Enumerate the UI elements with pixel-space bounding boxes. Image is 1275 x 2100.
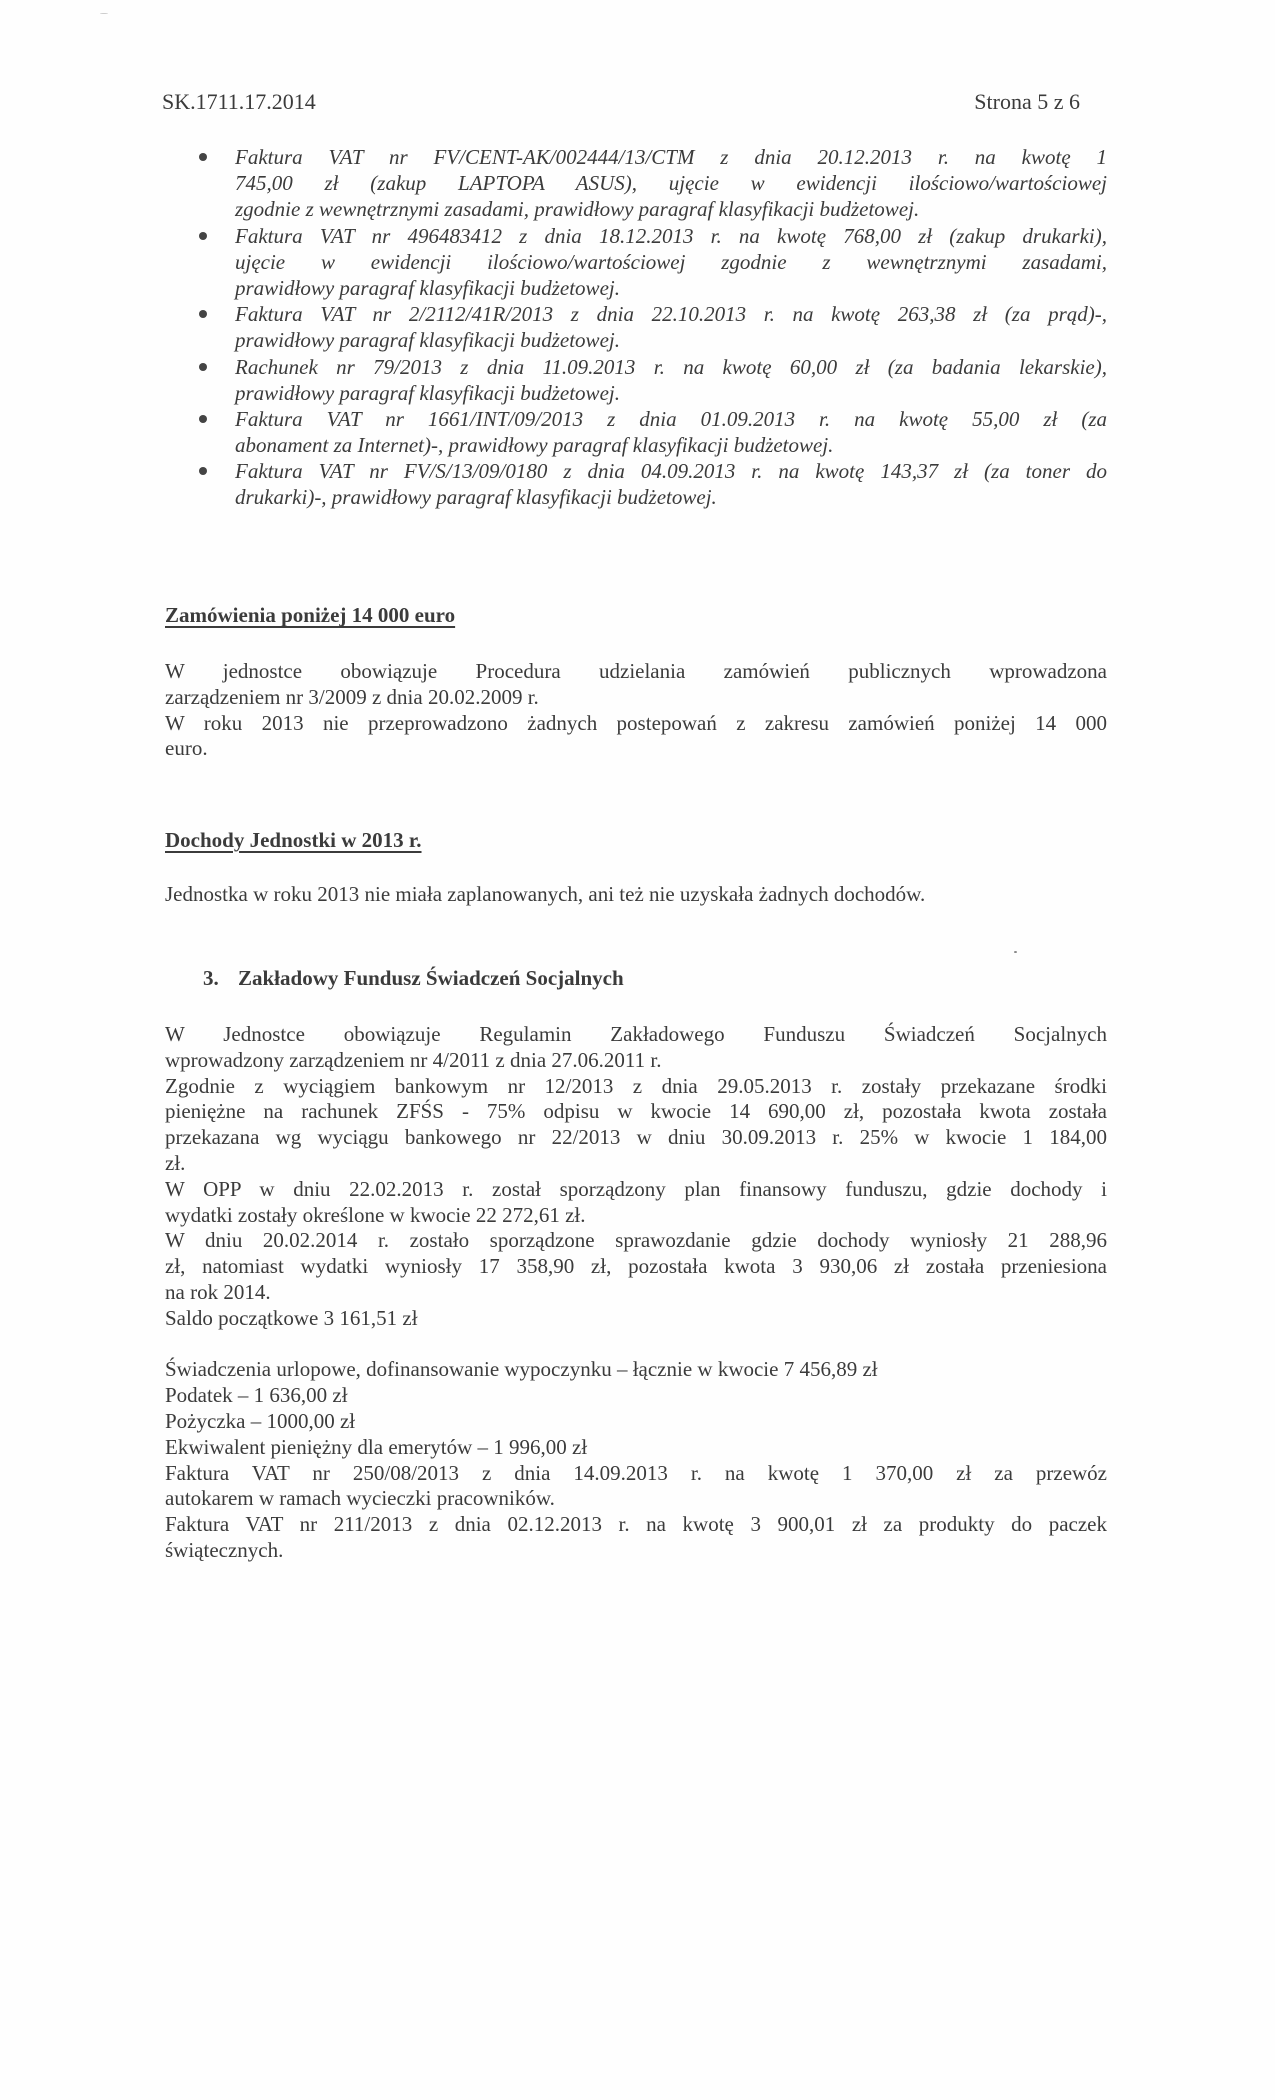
bullet-icon	[199, 363, 207, 371]
procurement-heading: Zamówienia poniżej 14 000 euro	[165, 602, 455, 628]
document-reference: SK.1711.17.2014	[162, 88, 316, 116]
bullet-text-line: prawidłowy paragraf klasyfikacji budżeto…	[235, 275, 1107, 301]
fund-paragraph: W Jednostce obowiązuje Regulamin Zakłado…	[165, 1022, 1107, 1074]
fund-paragraph: Saldo początkowe 3 161,51 zł	[165, 1306, 1107, 1332]
bullet-text-line: drukarki)-, prawidłowy paragraf klasyfik…	[235, 484, 1107, 510]
paragraph-gap	[165, 1332, 1107, 1358]
paragraph-line: Faktura VAT nr 211/2013 z dnia 02.12.201…	[165, 1512, 1107, 1538]
fund-expense-item: Pożyczka – 1000,00 zł	[165, 1409, 1107, 1435]
procurement-paragraph: W jednostce obowiązuje Procedura udziela…	[165, 659, 1107, 711]
bullet-icon	[199, 310, 207, 318]
bullet-text-line: Faktura VAT nr 1661/INT/09/2013 z dnia 0…	[235, 406, 1107, 432]
bullet-text-line: Faktura VAT nr FV/CENT-AK/002444/13/CTM …	[235, 144, 1107, 170]
bullet-icon	[199, 467, 207, 475]
bullet-text-line: prawidłowy paragraf klasyfikacji budżeto…	[235, 380, 1107, 406]
invoice-bullet-item: Faktura VAT nr 496483412 z dnia 18.12.20…	[0, 223, 1275, 302]
fund-expense-item: Podatek – 1 636,00 zł	[165, 1383, 1107, 1409]
bullet-text-line: 745,00 zł (zakup LAPTOPA ASUS), ujęcie w…	[235, 170, 1107, 196]
paragraph-line: pieniężne na rachunek ZFŚS - 75% odpisu …	[165, 1099, 1107, 1125]
paragraph-line: Podatek – 1 636,00 zł	[165, 1383, 1107, 1409]
invoice-bullet-item: Rachunek nr 79/2013 z dnia 11.09.2013 r.…	[0, 354, 1275, 406]
bullet-icon	[199, 153, 207, 161]
paragraph-line: Jednostka w roku 2013 nie miała zaplanow…	[165, 882, 1107, 908]
invoice-bullet-item: Faktura VAT nr 2/2112/41R/2013 z dnia 22…	[0, 301, 1275, 353]
paragraph-line: przekazana wg wyciągu bankowego nr 22/20…	[165, 1125, 1107, 1151]
invoice-bullet-item: Faktura VAT nr FV/S/13/09/0180 z dnia 04…	[0, 458, 1275, 510]
paragraph-line: wprowadzony zarządzeniem nr 4/2011 z dni…	[165, 1048, 1107, 1074]
income-paragraph: Jednostka w roku 2013 nie miała zaplanow…	[165, 882, 1107, 908]
paragraph-line: zł, natomiast wydatki wyniosły 17 358,90…	[165, 1254, 1107, 1280]
bullet-text-line: Faktura VAT nr 496483412 z dnia 18.12.20…	[235, 223, 1107, 249]
fund-paragraph: Zgodnie z wyciągiem bankowym nr 12/2013 …	[165, 1074, 1107, 1177]
page-indicator: Strona 5 z 6	[974, 88, 1080, 116]
social-fund-text: W Jednostce obowiązuje Regulamin Zakłado…	[165, 1022, 1107, 1564]
invoice-bullet-item: Faktura VAT nr FV/CENT-AK/002444/13/CTM …	[0, 144, 1275, 223]
income-heading: Dochody Jednostki w 2013 r.	[165, 827, 422, 853]
invoice-bullet-list: Faktura VAT nr FV/CENT-AK/002444/13/CTM …	[0, 144, 1275, 511]
paragraph-line: zł.	[165, 1151, 1107, 1177]
fund-paragraph: W dniu 20.02.2014 r. zostało sporządzone…	[165, 1228, 1107, 1305]
bullet-text-line: zgodnie z wewnętrznymi zasadami, prawidł…	[235, 196, 1107, 222]
paragraph-line: Zgodnie z wyciągiem bankowym nr 12/2013 …	[165, 1074, 1107, 1100]
section-number: 3.	[203, 965, 238, 991]
procurement-paragraph: W roku 2013 nie przeprowadzono żadnych p…	[165, 711, 1107, 763]
fund-expense-item: Świadczenia urlopowe, dofinansowanie wyp…	[165, 1357, 1107, 1383]
bullet-text-line: abonament za Internet)-, prawidłowy para…	[235, 432, 1107, 458]
fund-paragraph: W OPP w dniu 22.02.2013 r. został sporzą…	[165, 1177, 1107, 1229]
paragraph-line: autokarem w ramach wycieczki pracowników…	[165, 1486, 1107, 1512]
paragraph-line: Faktura VAT nr 250/08/2013 z dnia 14.09.…	[165, 1461, 1107, 1487]
scan-mark	[100, 13, 108, 14]
bullet-text-line: Faktura VAT nr 2/2112/41R/2013 z dnia 22…	[235, 301, 1107, 327]
paragraph-line: W dniu 20.02.2014 r. zostało sporządzone…	[165, 1228, 1107, 1254]
fund-expense-item: Ekwiwalent pieniężny dla emerytów – 1 99…	[165, 1435, 1107, 1461]
fund-expense-item: Faktura VAT nr 211/2013 z dnia 02.12.201…	[165, 1512, 1107, 1564]
section-title: Zakładowy Fundusz Świadczeń Socjalnych	[238, 966, 624, 990]
paragraph-line: na rok 2014.	[165, 1280, 1107, 1306]
bullet-icon	[199, 232, 207, 240]
bullet-text-line: prawidłowy paragraf klasyfikacji budżeto…	[235, 327, 1107, 353]
bullet-text-line: ujęcie w ewidencji ilościowo/wartościowe…	[235, 249, 1107, 275]
paragraph-line: W Jednostce obowiązuje Regulamin Zakłado…	[165, 1022, 1107, 1048]
paragraph-line: W OPP w dniu 22.02.2013 r. został sporzą…	[165, 1177, 1107, 1203]
paragraph-line: wydatki zostały określone w kwocie 22 27…	[165, 1203, 1107, 1229]
paragraph-line: Ekwiwalent pieniężny dla emerytów – 1 99…	[165, 1435, 1107, 1461]
paragraph-line: euro.	[165, 736, 1107, 762]
paragraph-line: zarządzeniem nr 3/2009 z dnia 20.02.2009…	[165, 685, 1107, 711]
invoice-bullet-item: Faktura VAT nr 1661/INT/09/2013 z dnia 0…	[0, 406, 1275, 458]
paragraph-line: Pożyczka – 1000,00 zł	[165, 1409, 1107, 1435]
procurement-text: W jednostce obowiązuje Procedura udziela…	[165, 659, 1107, 762]
paragraph-line: W roku 2013 nie przeprowadzono żadnych p…	[165, 711, 1107, 737]
scan-speck	[1014, 951, 1017, 953]
income-text: Jednostka w roku 2013 nie miała zaplanow…	[165, 882, 1107, 908]
paragraph-line: Świadczenia urlopowe, dofinansowanie wyp…	[165, 1357, 1107, 1383]
social-fund-heading: 3.Zakładowy Fundusz Świadczeń Socjalnych	[203, 965, 624, 991]
bullet-text-line: Faktura VAT nr FV/S/13/09/0180 z dnia 04…	[235, 458, 1107, 484]
paragraph-line: Saldo początkowe 3 161,51 zł	[165, 1306, 1107, 1332]
fund-expense-item: Faktura VAT nr 250/08/2013 z dnia 14.09.…	[165, 1461, 1107, 1513]
paragraph-line: W jednostce obowiązuje Procedura udziela…	[165, 659, 1107, 685]
paragraph-line: świątecznych.	[165, 1538, 1107, 1564]
bullet-icon	[199, 415, 207, 423]
bullet-text-line: Rachunek nr 79/2013 z dnia 11.09.2013 r.…	[235, 354, 1107, 380]
document-page: SK.1711.17.2014 Strona 5 z 6 Faktura VAT…	[0, 0, 1275, 2100]
